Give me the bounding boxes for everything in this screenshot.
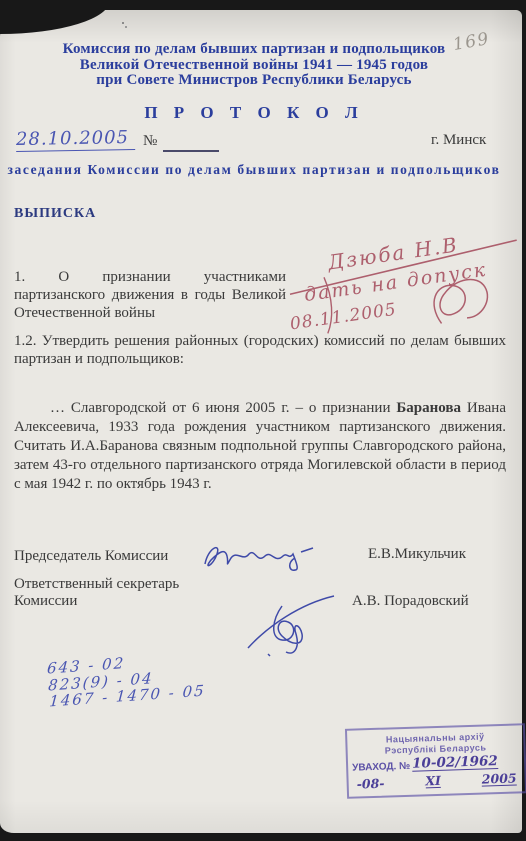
org-name-line3: при Совете Министров Республики Беларусь xyxy=(0,73,508,89)
chairman-signature xyxy=(195,530,320,578)
org-name-line2: Великой Отечественной войны 1941 — 1945 … xyxy=(0,58,508,74)
stamp-incoming-label: УВАХОД. № xyxy=(352,761,410,774)
stamp-month: XI xyxy=(425,774,441,788)
date-handwritten: 28.10.2005 xyxy=(16,127,135,152)
number-blank-line xyxy=(163,150,219,152)
secretary-label-line1: Ответственный секретарь xyxy=(14,576,179,593)
letterhead: Комиссия по делам бывших партизан и подп… xyxy=(0,42,508,89)
secretary-signature xyxy=(238,592,348,658)
secretary-label-line2: Комиссии xyxy=(14,593,179,610)
item-1-2: 1.2. Утвердить решения районных (городск… xyxy=(14,332,506,368)
city-label: г. Минск xyxy=(431,132,486,149)
number-sign: № xyxy=(143,133,157,150)
stamp-incoming-number: 10-02/1962 xyxy=(412,755,498,772)
stamp-year: 2005 xyxy=(482,771,517,786)
decision-lead: … Славгородской от 6 июня 2005 г. – о пр… xyxy=(50,400,396,416)
scanned-page: 169 Комиссия по делам бывших партизан и … xyxy=(0,10,522,833)
decision-paragraph: … Славгородской от 6 июня 2005 г. – о пр… xyxy=(14,399,506,494)
decision-surname: Баранова xyxy=(396,400,461,416)
secretary-name: А.В. Порадовский xyxy=(352,593,469,610)
extract-label: ВЫПИСКА xyxy=(14,206,96,222)
chairman-label: Председатель Комиссии xyxy=(14,548,168,565)
archive-entry-stamp: Нацыянальны архіў Рэспублікі Беларусь УВ… xyxy=(345,723,526,799)
meeting-subtitle: заседания Комиссии по делам бывших парти… xyxy=(0,162,508,178)
archival-footnotes: 643 - 02 823(9) - 04 1467 - 1470 - 05 xyxy=(46,650,206,710)
agenda-item-1: 1. О признании участниками партизанского… xyxy=(14,268,286,322)
scan-speckle xyxy=(122,22,124,24)
document-title: П Р О Т О К О Л xyxy=(0,103,508,123)
chairman-name: Е.В.Микульчик xyxy=(368,546,466,563)
org-name-line1: Комиссия по делам бывших партизан и подп… xyxy=(0,42,508,58)
stamp-day: -08- xyxy=(356,777,384,791)
